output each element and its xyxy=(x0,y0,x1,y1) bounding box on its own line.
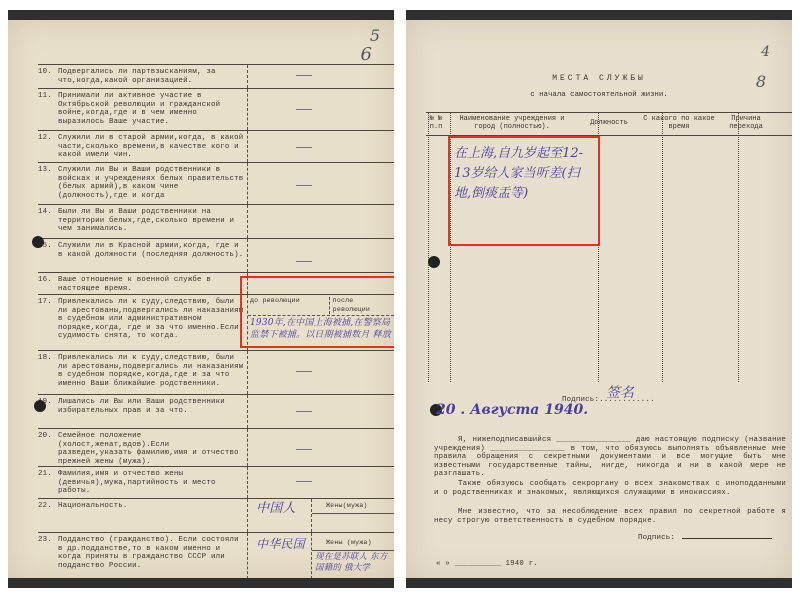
question-number: 20. xyxy=(38,429,58,466)
corner-page-number: 6 xyxy=(361,44,372,65)
answer-cell: 中华民国 Жены (мужа) 现在是苏联人 东方国籍的 俄大学 xyxy=(248,533,394,579)
question-row-22: 22. Национальность. 中国人 Жены(мужа) xyxy=(38,498,394,532)
col-period: С какого по какое время xyxy=(642,113,716,135)
col-position: Должность xyxy=(578,113,640,135)
col-institution: Наименование учреждения и город (полност… xyxy=(448,113,576,135)
spouse-header: Жены (мужа) xyxy=(312,533,394,551)
question-text: Лишались ли Вы или Ваши родственники изб… xyxy=(58,395,248,428)
question-number: 10. xyxy=(38,65,58,88)
question-text: Фамилия,имя и отчество жены (девичья),му… xyxy=(58,467,248,498)
punch-hole xyxy=(428,256,440,268)
question-row-20: 20. Семейное положение (холост,женат,вдо… xyxy=(38,428,394,466)
handwritten-date: 20 . Августа 1940. xyxy=(436,402,588,418)
question-number: 18. xyxy=(38,351,58,394)
question-row-15: 15. Служили ли в Красной армии,когда, гд… xyxy=(38,238,394,272)
answer-cell xyxy=(248,467,394,498)
question-text: Привлекались ли к суду,следствию, были л… xyxy=(58,351,248,394)
question-number: 13. xyxy=(38,163,58,204)
left-document-page: 5 6 10. Подвергались ли партвзысканиям, … xyxy=(8,10,394,588)
pledge-paragraph-3: Мне известно, что за несоблюдение всех п… xyxy=(434,508,786,525)
answer-cell xyxy=(248,239,394,272)
question-row-11: 11. Принимали ли активное участие в Октя… xyxy=(38,88,394,130)
punch-hole xyxy=(34,400,46,412)
answer-cell xyxy=(248,65,394,88)
spouse-header: Жены(мужа) xyxy=(312,499,394,514)
handwritten-signature: 签名 xyxy=(606,382,634,402)
corner-mark-top: 5 xyxy=(370,26,380,45)
question-text: Подданство (гражданство). Если состояли … xyxy=(58,533,248,579)
question-text: Подвергались ли партвзысканиям, за что,к… xyxy=(58,65,248,88)
answer-cell xyxy=(248,163,394,204)
right-document-page: 4 8 МЕСТА СЛУЖБЫ с начала самостоятельно… xyxy=(406,10,792,588)
question-row-14: 14. Были ли Вы и Ваши родственники на те… xyxy=(38,204,394,238)
question-text: Принимали ли активное участие в Октябрьс… xyxy=(58,89,248,130)
question-text: Семейное положение (холост,женат,вдов).Е… xyxy=(58,429,248,466)
question-text: Привлекались ли к суду,следствию, были л… xyxy=(58,295,248,350)
question-row-23: 23. Подданство (гражданство). Если состо… xyxy=(38,532,394,580)
section-subtitle: с начала самостоятельной жизни. xyxy=(406,91,792,99)
question-number: 16. xyxy=(38,273,58,294)
question-row-10: 10. Подвергались ли партвзысканиям, за ч… xyxy=(38,64,394,88)
question-row-19: 19. Лишались ли Вы или Ваши родственники… xyxy=(38,394,394,428)
question-number: 17. xyxy=(38,295,58,350)
question-number: 12. xyxy=(38,131,58,162)
question-number: 22. xyxy=(38,499,58,532)
question-number: 21. xyxy=(38,467,58,498)
section-title: МЕСТА СЛУЖБЫ xyxy=(406,74,792,83)
handwritten-spouse-citizenship: 现在是苏联人 东方国籍的 俄大学 xyxy=(312,551,394,575)
question-number: 14. xyxy=(38,205,58,238)
pledge-paragraph-1: Я, нижеподписавшийся ________________ да… xyxy=(434,436,786,479)
punch-hole xyxy=(32,236,44,248)
signature-label-2: Подпись: xyxy=(638,534,772,543)
col-number: № № п.п xyxy=(426,113,446,135)
answer-cell xyxy=(248,429,394,466)
corner-mark-top: 4 xyxy=(761,44,770,60)
question-text: Служили ли в старой армии,когда, в какой… xyxy=(58,131,248,162)
question-text: Были ли Вы и Ваши родственники на террит… xyxy=(58,205,248,238)
answer-cell xyxy=(248,205,394,238)
question-text: Национальность. xyxy=(58,499,248,532)
blank-date-line: « » __________ 1940 г. xyxy=(436,560,538,569)
highlight-box-arrest-record xyxy=(240,276,394,348)
question-number: 11. xyxy=(38,89,58,130)
question-row-18: 18. Привлекались ли к суду,следствию, бы… xyxy=(38,350,394,394)
pledge-paragraph-2: Также обязуюсь сообщать секроргану о все… xyxy=(434,480,786,497)
answer-cell xyxy=(248,395,394,428)
question-text: Служили ли в Красной армии,когда, где и … xyxy=(58,239,248,272)
answer-cell xyxy=(248,131,394,162)
question-row-21: 21. Фамилия,имя и отчество жены (девичья… xyxy=(38,466,394,498)
handwritten-nationality: 中国人 xyxy=(248,499,312,532)
question-text: Ваше отношение к военной службе в настоя… xyxy=(58,273,248,294)
answer-cell: 中国人 Жены(мужа) xyxy=(248,499,394,532)
col-reason: Причина перехода xyxy=(718,113,774,135)
answer-cell xyxy=(248,351,394,394)
question-row-12: 12. Служили ли в старой армии,когда, в к… xyxy=(38,130,394,162)
answer-cell xyxy=(248,89,394,130)
question-number: 23. xyxy=(38,533,58,579)
handwritten-citizenship: 中华民国 xyxy=(248,533,312,579)
question-row-13: 13. Служили ли Вы и Ваши родственники в … xyxy=(38,162,394,204)
highlight-box-service-entry xyxy=(448,136,600,246)
question-text: Служили ли Вы и Ваши родственники в войс… xyxy=(58,163,248,204)
